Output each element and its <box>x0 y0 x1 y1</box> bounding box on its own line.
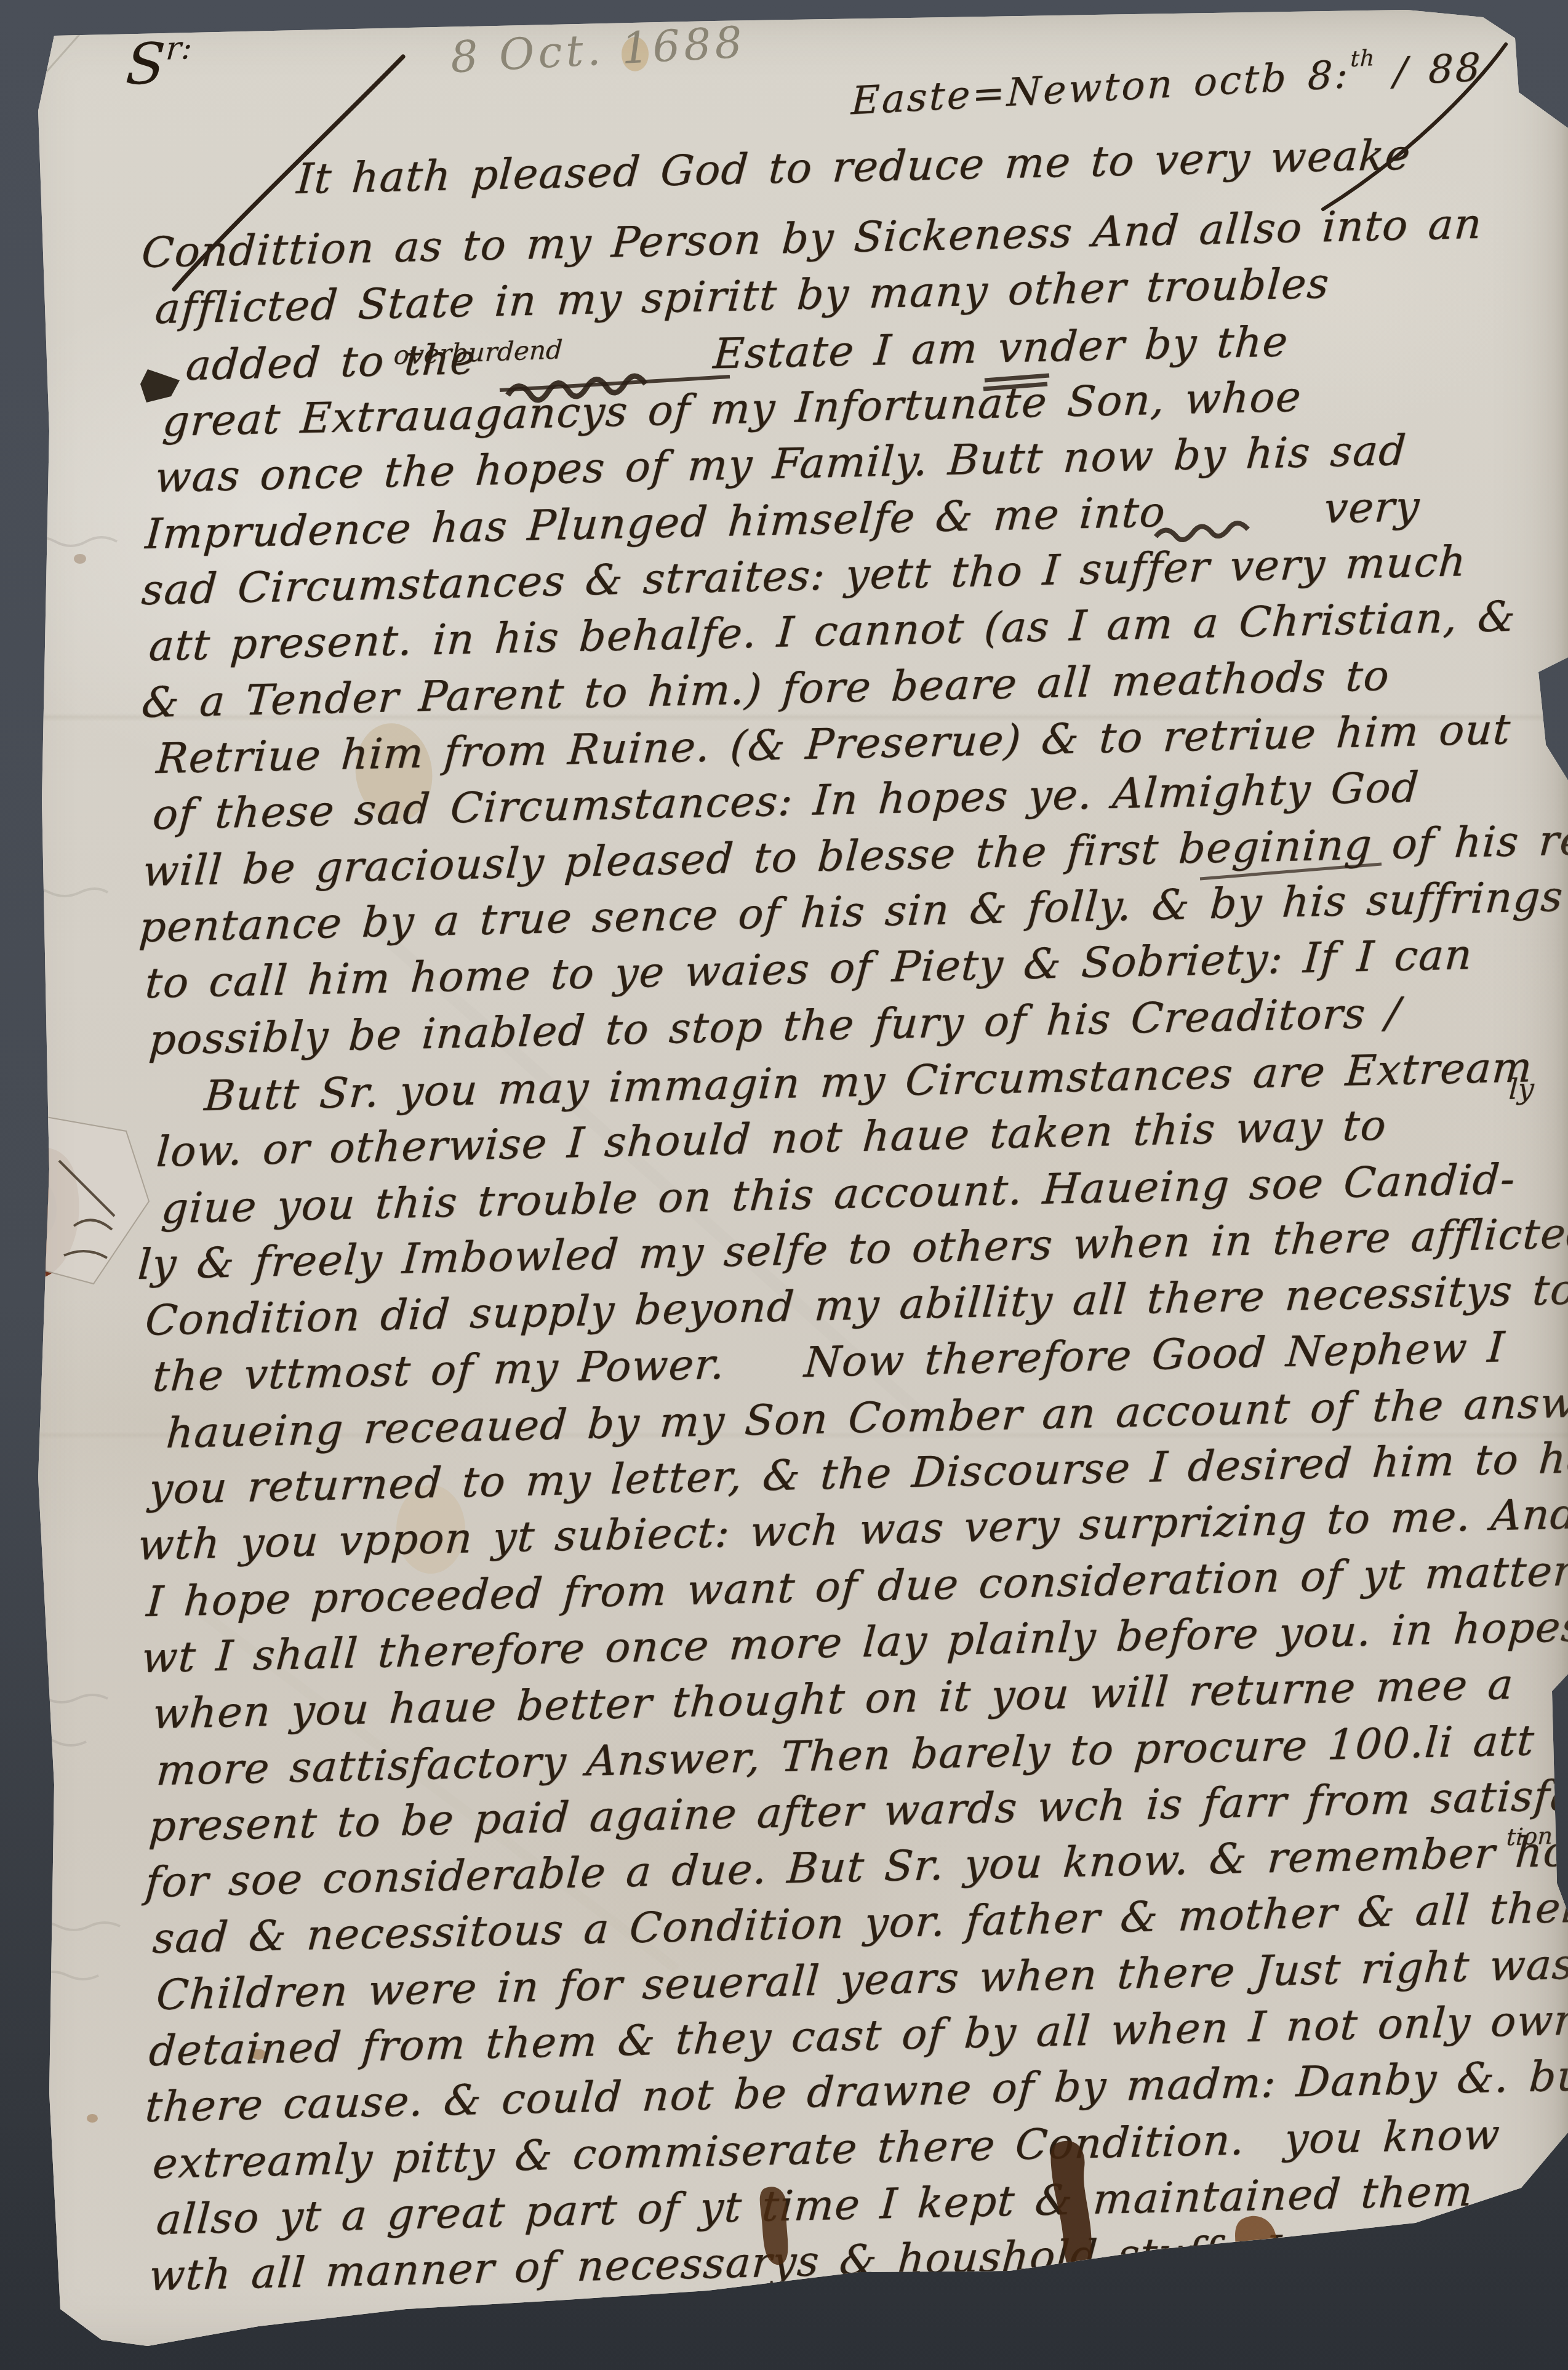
salutation-letter: S <box>124 31 167 98</box>
salutation: Sr: <box>124 30 193 98</box>
interlinear-insertion: overburdend <box>393 334 563 370</box>
handwriting-layer: Sr: 8 Oct. 1688 Easte=Newton octb 8:th /… <box>0 0 1568 2370</box>
place-dateline: Easte=Newton octb 8:th / 88 <box>850 39 1483 123</box>
scan-background: Sr: 8 Oct. 1688 Easte=Newton octb 8:th /… <box>0 0 1568 2370</box>
margin-catchword: tion <box>1506 1822 1553 1851</box>
place-date-superscript: th <box>1350 46 1375 72</box>
archival-pencil-date: 8 Oct. 1688 <box>449 17 747 82</box>
letter-page: Sr: 8 Oct. 1688 Easte=Newton octb 8:th /… <box>0 0 1568 2370</box>
place-date-main: Easte=Newton octb 8: <box>850 52 1351 124</box>
margin-catchword: ly <box>1508 1071 1535 1105</box>
place-date-year: / 88 <box>1393 44 1483 94</box>
salutation-superscript: r: <box>165 30 194 67</box>
letter-line: It hath pleased God to reduce me to very… <box>295 135 1412 201</box>
